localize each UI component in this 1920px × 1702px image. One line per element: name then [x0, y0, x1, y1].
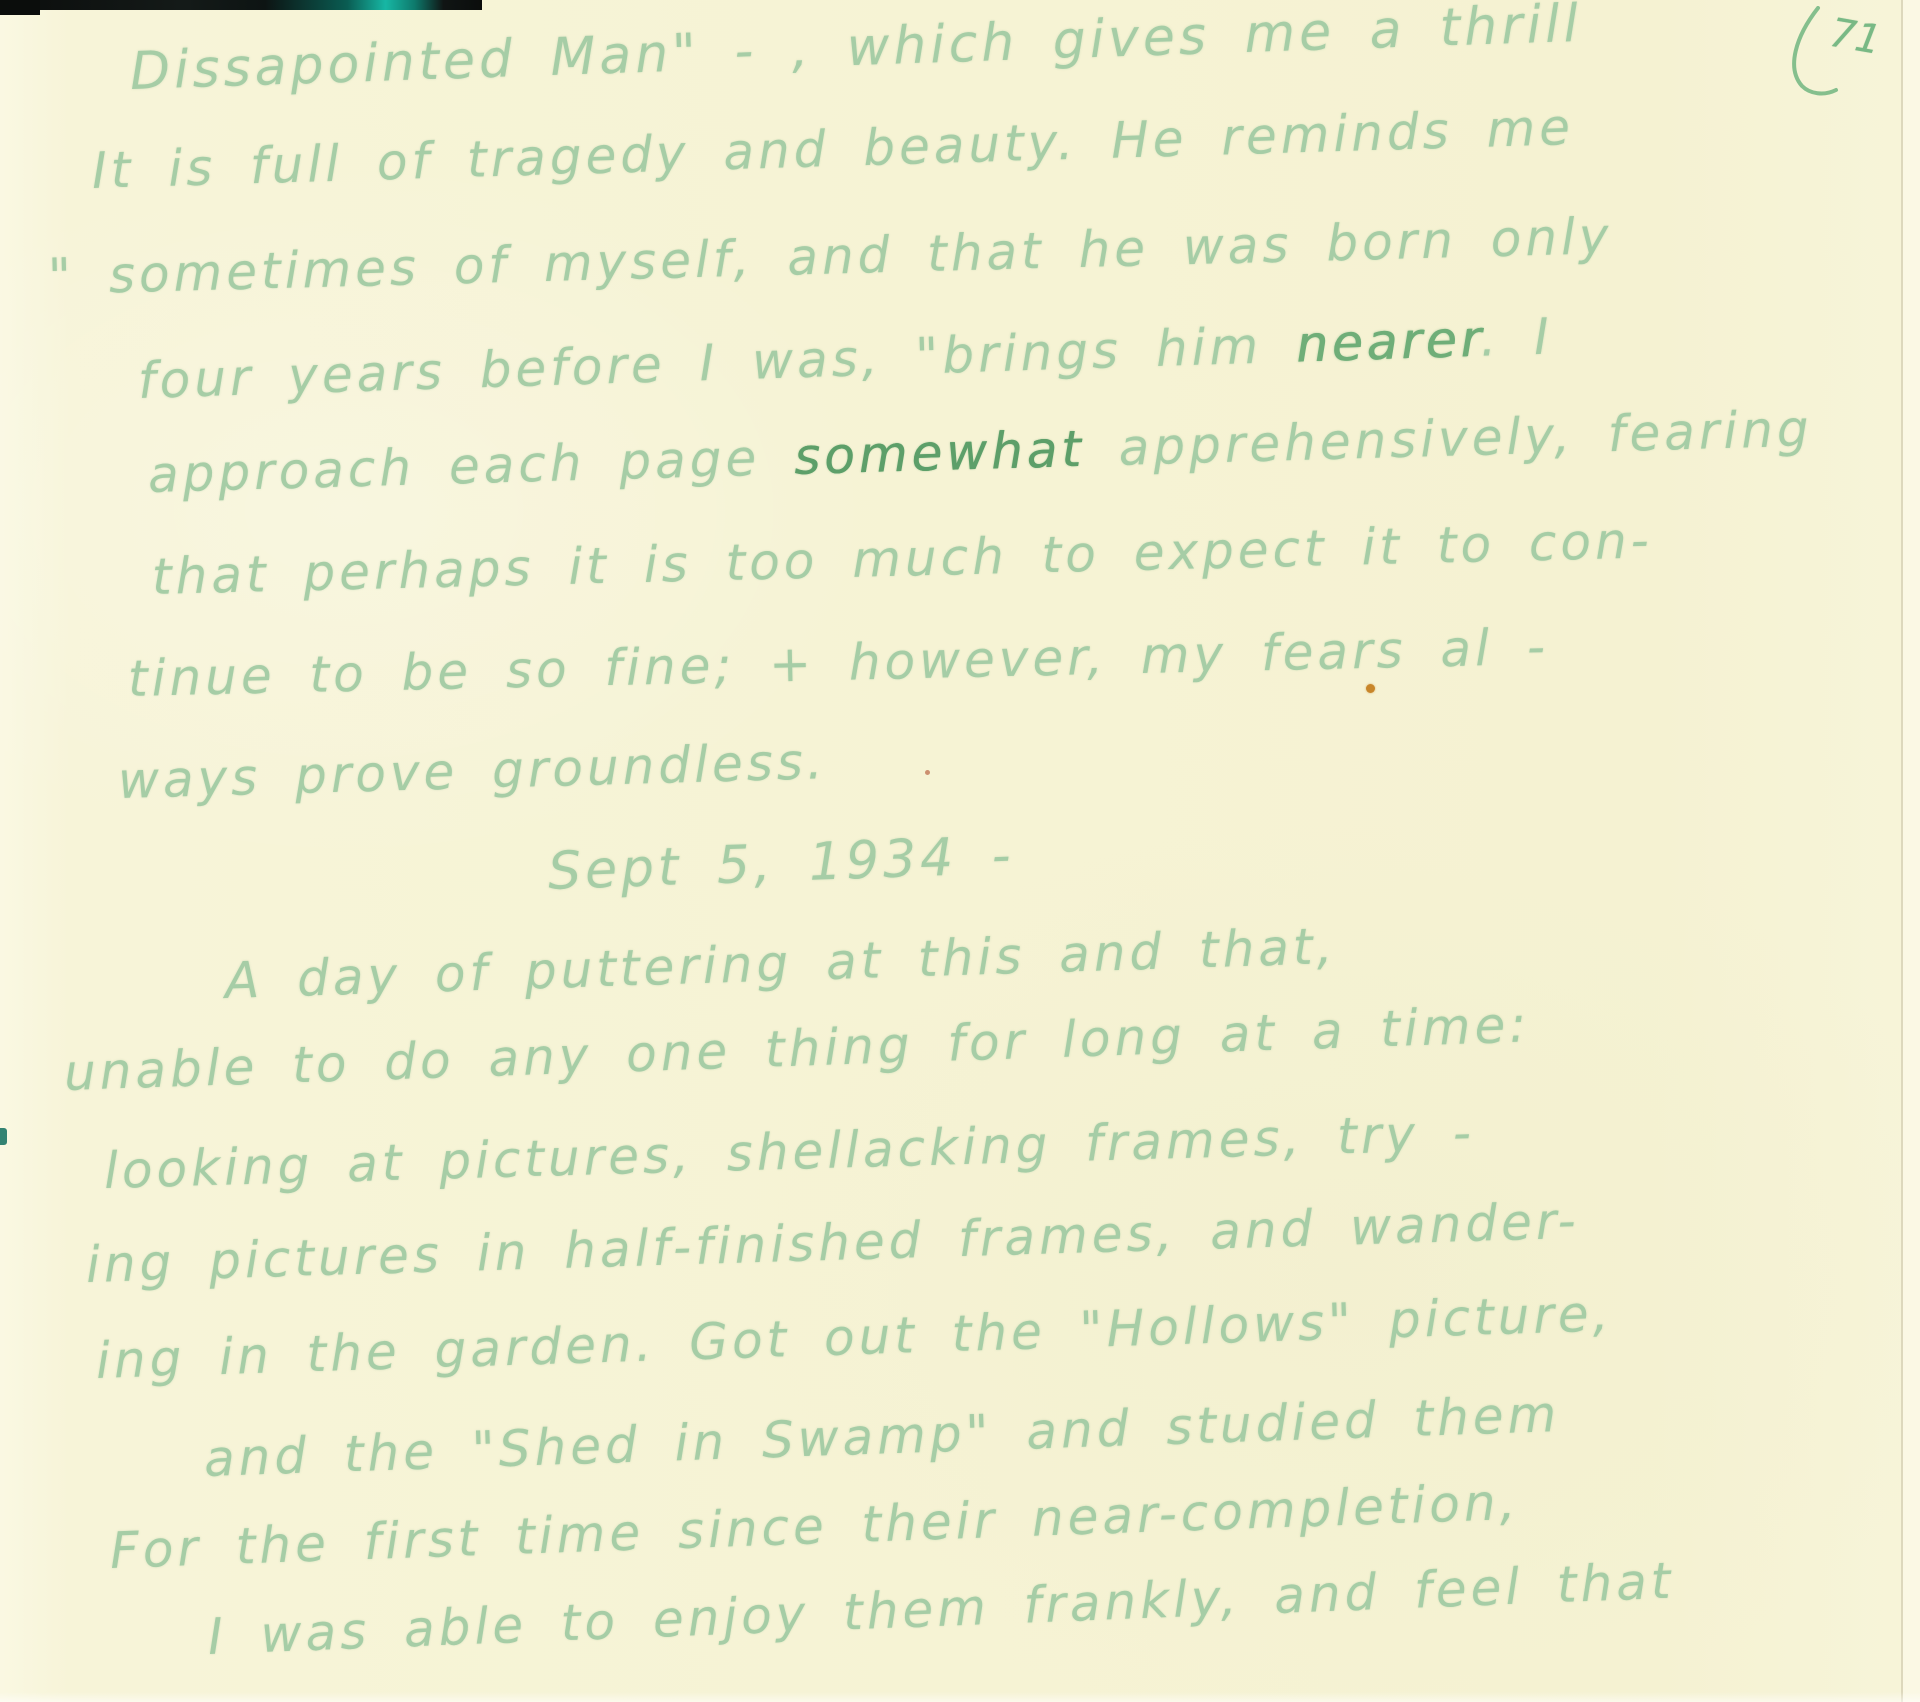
page-edge-right	[1901, 0, 1920, 1702]
handwritten-line: ways prove groundless.	[117, 732, 827, 810]
date-heading: Sept 5, 1934 -	[547, 826, 1016, 902]
handwritten-line: " sometimes of myself, and that he was b…	[47, 207, 1613, 306]
handwritten-line: unable to do any one thing for long at a…	[63, 995, 1531, 1102]
scanner-artifact-corner	[0, 0, 40, 15]
handwritten-line: approach each page somewhat apprehensive…	[147, 400, 1813, 504]
scanner-artifact-strip	[0, 0, 482, 10]
handwritten-line: For the first time since their near-comp…	[109, 1473, 1520, 1580]
teal-ink-fleck	[0, 1128, 7, 1145]
handwritten-line: that perhaps it is too much to expect it…	[151, 511, 1653, 606]
small-ink-speck	[925, 770, 930, 775]
handwritten-line: ing pictures in half-finished frames, an…	[85, 1192, 1580, 1294]
line-segment: apprehensively, fearing	[1084, 400, 1813, 478]
handwritten-line: Dissapointed Man" - , which gives me a t…	[129, 0, 1583, 102]
handwritten-line: A day of puttering at this and that,	[224, 917, 1337, 1010]
inserted-word: somewhat	[793, 420, 1085, 486]
page-number-text: 71	[1826, 10, 1884, 64]
line-segment: four years before I was, "brings him	[137, 316, 1297, 410]
overwritten-word: nearer	[1295, 310, 1481, 374]
line-segment: approach each page	[147, 428, 795, 504]
handwritten-line: and the "Shed in Swamp" and studied them	[203, 1385, 1561, 1488]
handwritten-line: ing in the garden. Got out the "Hollows"…	[95, 1284, 1613, 1390]
journal-page: 71 Dissapointed Man" - , which gives me …	[0, 0, 1920, 1702]
page-edge-bottom	[0, 1692, 1920, 1702]
handwritten-line: looking at pictures, shellacking frames,…	[103, 1104, 1475, 1200]
line-segment: . I	[1479, 308, 1553, 368]
handwritten-line: It is full of tragedy and beauty. He rem…	[91, 98, 1575, 200]
orange-ink-dot	[1366, 684, 1375, 693]
handwritten-line: tinue to be so fine; + however, my fears…	[127, 618, 1549, 708]
handwritten-line: four years before I was, "brings him nea…	[137, 308, 1554, 410]
page-number: 71	[1772, 6, 1902, 126]
